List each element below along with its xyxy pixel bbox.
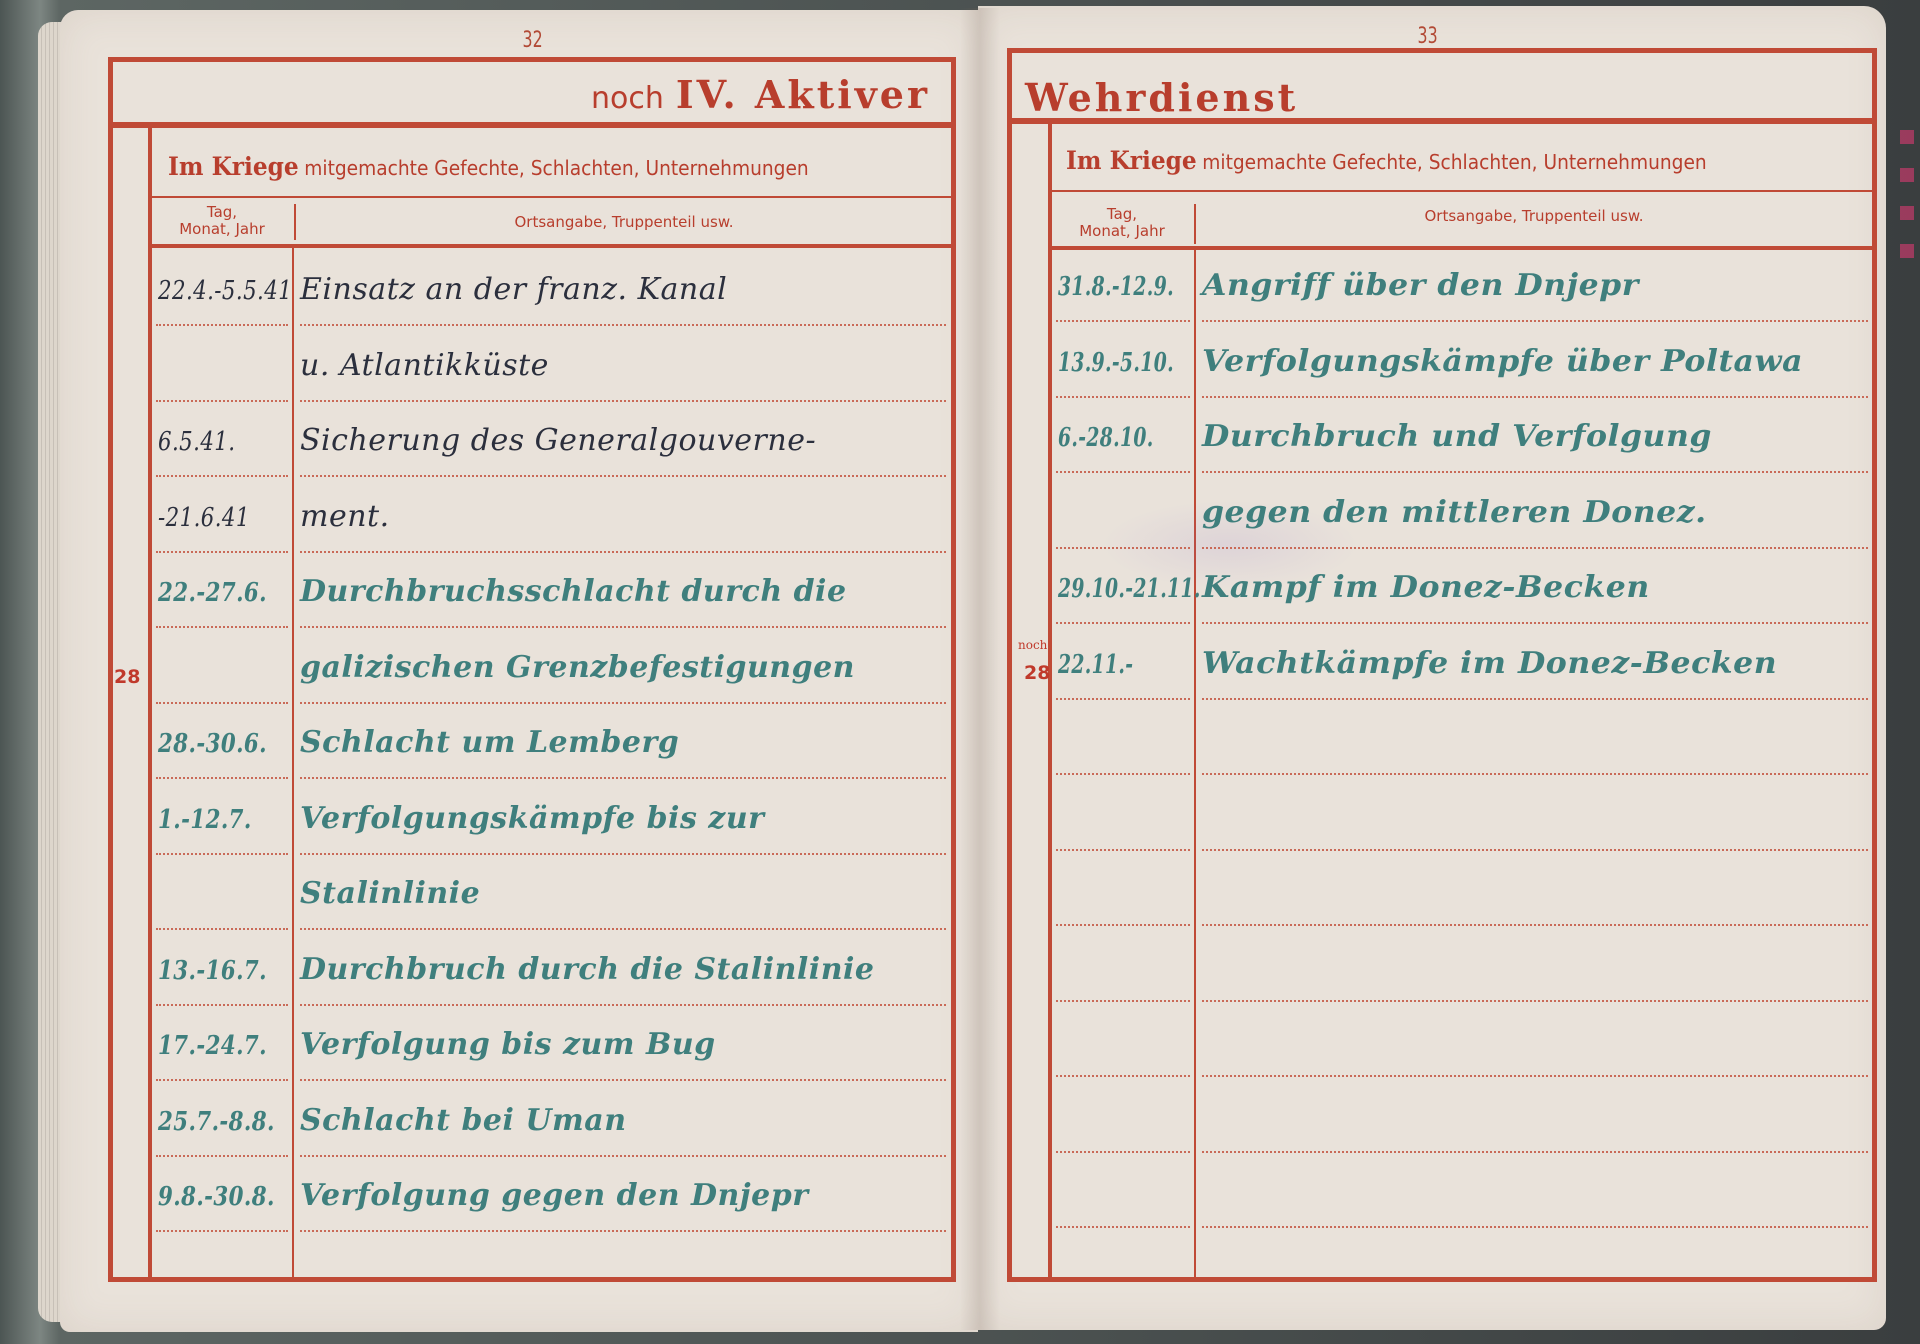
ruled-line — [300, 324, 946, 326]
ruled-line — [300, 1004, 946, 1006]
ruled-line — [1056, 1226, 1190, 1228]
ruled-line — [1202, 1151, 1868, 1153]
ruled-line — [1056, 773, 1190, 775]
left-section-heading: Im Kriegemitgemachte Gefechte, Schlachte… — [168, 152, 809, 181]
ruled-line — [156, 1004, 288, 1006]
ruled-line — [1056, 320, 1190, 322]
entry-text: Stalinlinie — [300, 876, 480, 911]
ruled-line — [156, 551, 288, 553]
left-date-column-header: Tag, Monat, Jahr — [152, 204, 292, 238]
ruled-line — [156, 475, 288, 477]
ruled-line — [1202, 1075, 1868, 1077]
ruled-line — [156, 400, 288, 402]
heading-rest: mitgemachte Gefechte, Schlachten, Untern… — [1202, 150, 1706, 174]
ruled-line — [1056, 924, 1190, 926]
ruled-line — [1056, 471, 1190, 473]
ruled-line — [300, 1155, 946, 1157]
right-side-noch: noch — [1018, 638, 1047, 652]
ruled-line — [156, 626, 288, 628]
date-header-line2: Monat, Jahr — [1052, 223, 1192, 240]
entry-date: 6.5.41. — [158, 427, 235, 457]
ruled-line — [300, 1079, 946, 1081]
entry-date: 13.9.-5.10. — [1058, 348, 1174, 378]
ruled-line — [1202, 622, 1868, 624]
heading-bold: Im Kriege — [168, 152, 299, 181]
entry-text: Einsatz an der franz. Kanal — [300, 272, 727, 307]
ruled-line — [1056, 396, 1190, 398]
ruled-line — [1202, 396, 1868, 398]
left-title-rule — [108, 122, 956, 128]
ruled-line — [156, 324, 288, 326]
entry-date: 13.-16.7. — [158, 956, 267, 986]
entry-text: Durchbruchsschlacht durch die — [300, 574, 847, 609]
ruled-line — [300, 928, 946, 930]
ruled-line — [156, 1155, 288, 1157]
ruled-line — [1202, 1000, 1868, 1002]
page-number-right: 33 — [1418, 24, 1438, 49]
ruled-line — [1056, 1075, 1190, 1077]
entry-text: ment. — [300, 499, 390, 534]
right-heading-rule — [1052, 190, 1874, 192]
entry-date: -21.6.41 — [158, 503, 250, 533]
entry-date: 25.7.-8.8. — [158, 1107, 275, 1137]
right-place-column-header: Ortsangabe, Truppenteil usw. — [1196, 208, 1872, 225]
right-column-header-rule — [1052, 246, 1874, 250]
date-header-line1: Tag, — [1052, 206, 1192, 223]
right-date-divider — [1194, 250, 1196, 1278]
ruled-line — [300, 853, 946, 855]
entry-text: Verfolgung gegen den Dnjepr — [300, 1178, 809, 1213]
entry-date: 17.-24.7. — [158, 1031, 267, 1061]
entry-date: 6.-28.10. — [1058, 423, 1154, 453]
ruled-line — [156, 777, 288, 779]
entry-date: 31.8.-12.9. — [1058, 272, 1174, 302]
right-section-heading: Im Kriegemitgemachte Gefechte, Schlachte… — [1066, 146, 1707, 175]
entry-text: Durchbruch und Verfolgung — [1202, 419, 1712, 454]
entry-text: u. Atlantikküste — [300, 348, 549, 383]
ruled-line — [300, 400, 946, 402]
entry-text: Sicherung des Generalgouverne- — [300, 423, 816, 458]
entry-date: 22.11.- — [1058, 650, 1133, 680]
ruled-line — [1202, 1226, 1868, 1228]
entry-date: 22.4.-5.5.41 — [158, 276, 292, 306]
ruled-line — [1056, 622, 1190, 624]
entry-text: Verfolgung bis zum Bug — [300, 1027, 716, 1062]
entry-date: 29.10.-21.11. — [1058, 574, 1201, 604]
ruled-line — [156, 1230, 288, 1232]
date-header-line1: Tag, — [152, 204, 292, 221]
right-side-number: 28 — [1024, 662, 1050, 684]
entry-text: Schlacht um Lemberg — [300, 725, 679, 760]
ruled-line — [300, 475, 946, 477]
right-date-column-header: Tag, Monat, Jahr — [1052, 206, 1192, 240]
left-heading-rule — [152, 196, 952, 198]
ruled-line — [1202, 924, 1868, 926]
ruled-line — [1056, 849, 1190, 851]
left-column-header-rule — [152, 244, 952, 248]
ruled-line — [1202, 471, 1868, 473]
date-header-line2: Monat, Jahr — [152, 221, 292, 238]
entry-text: gegen den mittleren Donez. — [1202, 495, 1707, 530]
right-title: Wehrdienst — [1025, 75, 1298, 120]
ruled-line — [1202, 849, 1868, 851]
entry-text: galizischen Grenzbefestigungen — [300, 650, 855, 685]
ruled-line — [1056, 1000, 1190, 1002]
heading-bold: Im Kriege — [1066, 146, 1197, 175]
ruled-line — [1202, 320, 1868, 322]
entry-text: Durchbruch durch die Stalinlinie — [300, 952, 875, 987]
ruled-line — [300, 626, 946, 628]
left-title: nochIV. Aktiver — [591, 72, 930, 117]
ruled-line — [1202, 773, 1868, 775]
entry-text: Kampf im Donez-Becken — [1202, 570, 1650, 605]
left-side-number: 28 — [114, 666, 140, 688]
entry-text: Verfolgungskämpfe bis zur — [300, 801, 764, 836]
page-number-left: 32 — [523, 28, 543, 53]
ruled-line — [300, 777, 946, 779]
left-margin-line — [148, 128, 152, 1278]
ruled-line — [1056, 698, 1190, 700]
ruled-line — [156, 702, 288, 704]
ruled-line — [1056, 547, 1190, 549]
left-place-column-header: Ortsangabe, Truppenteil usw. — [296, 214, 952, 231]
entry-date: 28.-30.6. — [158, 729, 267, 759]
title-text: IV. Aktiver — [676, 72, 930, 117]
title-prefix: noch — [591, 81, 664, 116]
ruled-line — [300, 551, 946, 553]
ruled-line — [156, 853, 288, 855]
entry-date: 9.8.-30.8. — [158, 1182, 275, 1212]
ruled-line — [156, 1079, 288, 1081]
entry-text: Verfolgungskämpfe über Poltawa — [1202, 344, 1803, 379]
ruled-line — [1202, 698, 1868, 700]
book-gutter — [960, 8, 1000, 1330]
right-margin-line — [1048, 124, 1052, 1279]
entry-date: 1.-12.7. — [158, 805, 252, 835]
left-date-divider — [292, 248, 294, 1278]
ruled-line — [1202, 547, 1868, 549]
bookmark-tab — [1900, 130, 1914, 280]
ruled-line — [1056, 1151, 1190, 1153]
entry-text: Wachtkämpfe im Donez-Becken — [1202, 646, 1777, 681]
entry-date: 22.-27.6. — [158, 578, 267, 608]
entry-text: Angriff über den Dnjepr — [1202, 268, 1639, 303]
ruled-line — [300, 1230, 946, 1232]
ruled-line — [156, 928, 288, 930]
ruled-line — [300, 702, 946, 704]
entry-text: Schlacht bei Uman — [300, 1103, 627, 1138]
heading-rest: mitgemachte Gefechte, Schlachten, Untern… — [304, 156, 808, 180]
